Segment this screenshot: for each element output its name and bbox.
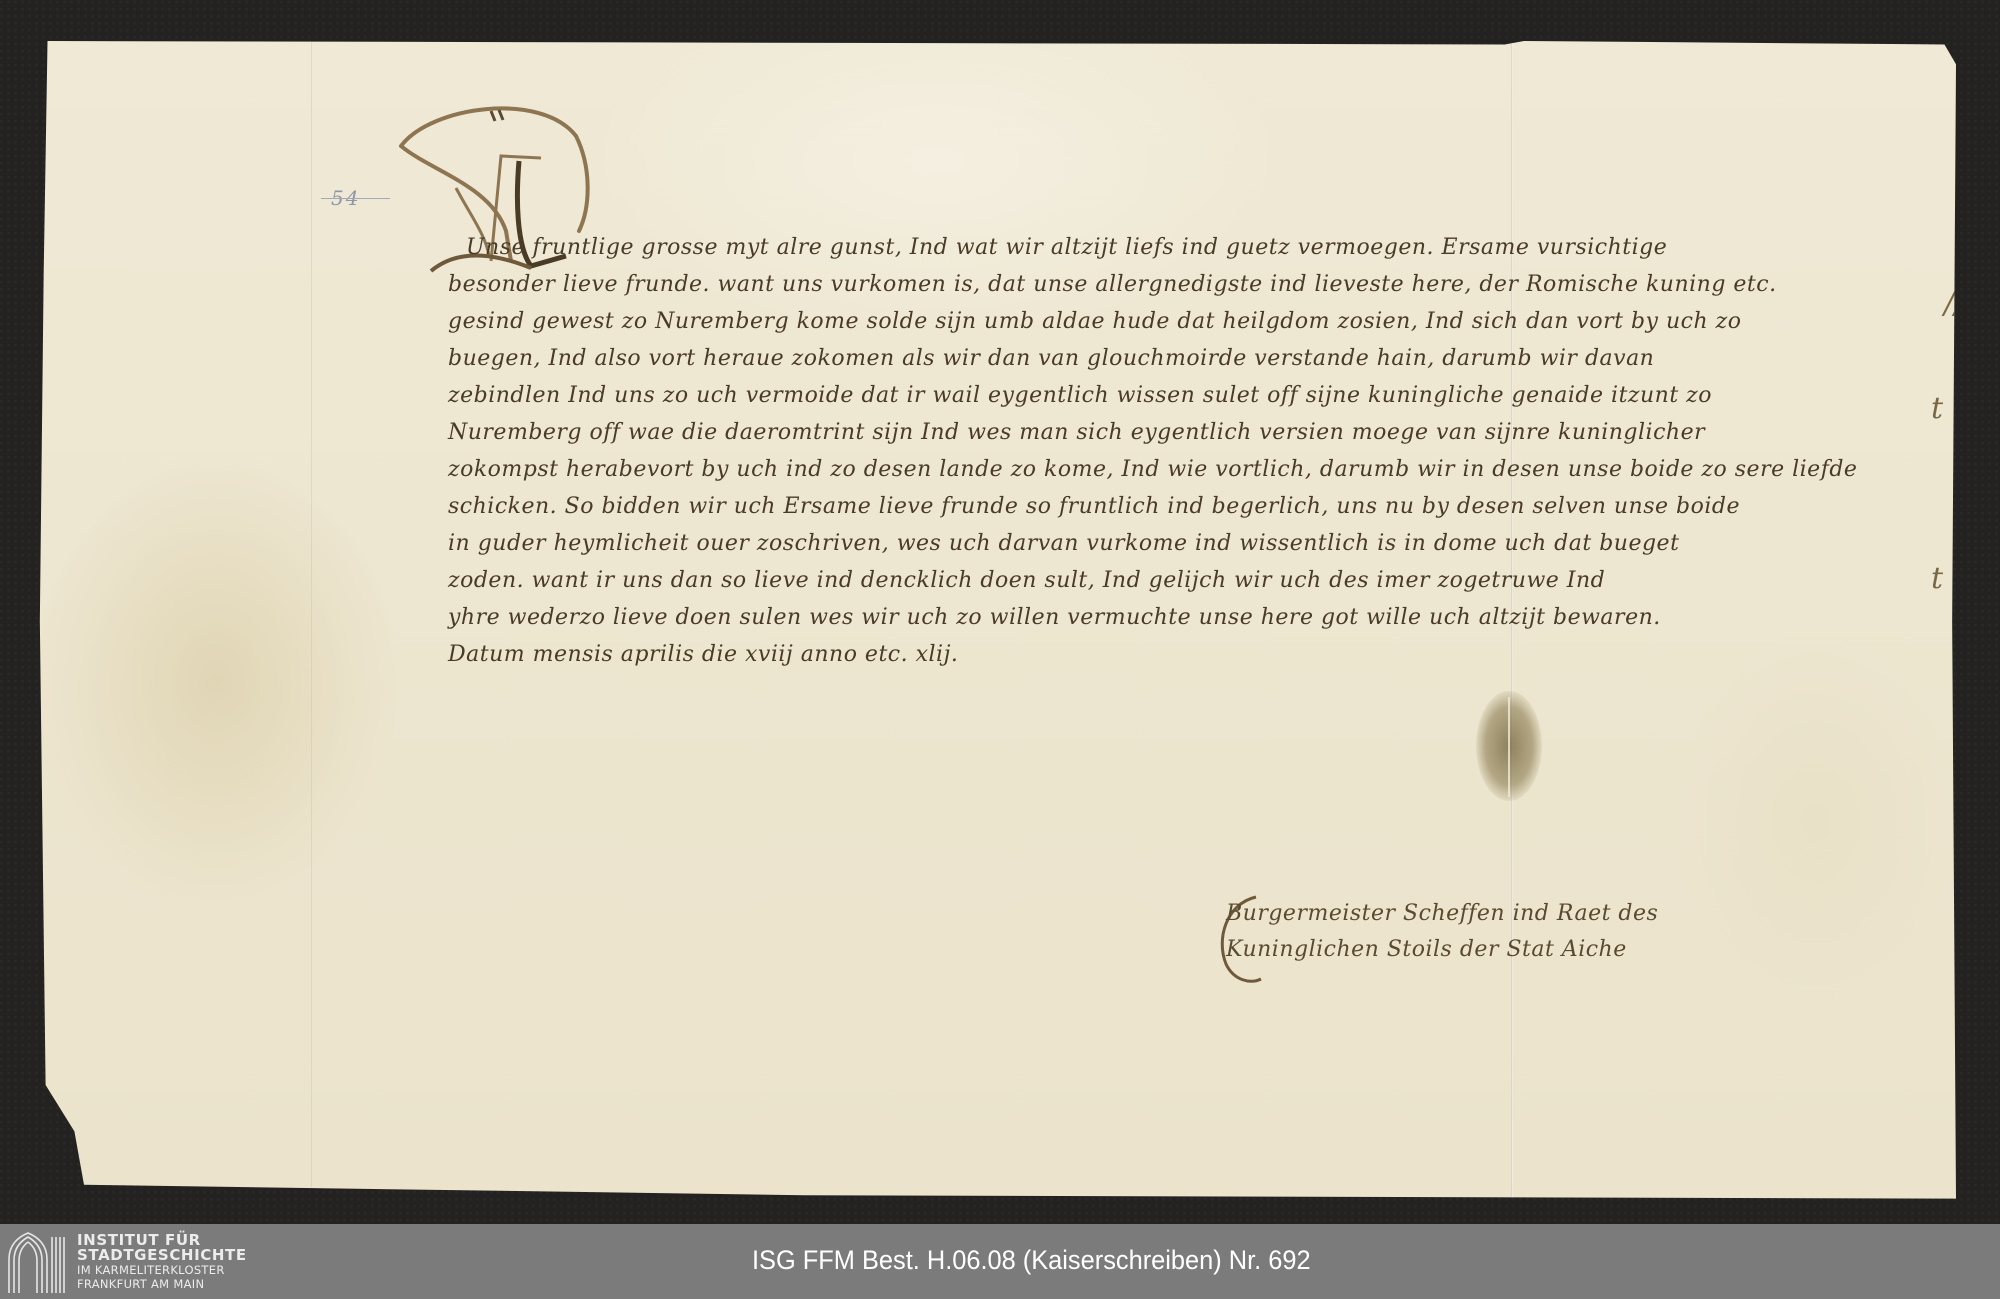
institution-subline: FRANKFURT AM MAIN <box>77 1277 247 1291</box>
letter-body: Unse fruntlige grosse myt alre gunst, In… <box>448 229 1948 673</box>
margin-mark: t <box>1931 561 1943 596</box>
gothic-arch-icon <box>6 1231 66 1293</box>
letter-line: zoden. want ir uns dan so lieve ind denc… <box>448 562 1948 599</box>
letter-line: schicken. So bidden wir uch Ersame lieve… <box>448 488 1948 525</box>
institution-subline: IM KARMELITERKLOSTER <box>77 1263 247 1277</box>
letter-line: Nuremberg off wae die daeromtrint sijn I… <box>448 414 1948 451</box>
margin-mark: // <box>1944 286 1964 321</box>
image-viewer: 54 Unse fruntlige grosse myt alre gunst,… <box>0 0 2000 1224</box>
archival-page-number: 54 <box>331 186 360 210</box>
archive-signature-caption: ISG FFM Best. H.06.08 (Kaiserschreiben) … <box>752 1243 1311 1277</box>
signature-line: Kuninglichen Stoils der Stat Aiche <box>1226 932 1746 968</box>
letter-line: in guder heymlicheit ouer zoschriven, we… <box>448 525 1948 562</box>
letter-line: buegen, Ind also vort heraue zokomen als… <box>448 340 1948 377</box>
letter-line: Unse fruntlige grosse myt alre gunst, In… <box>448 229 1948 266</box>
ink-stain <box>1476 691 1542 801</box>
parchment-document: 54 Unse fruntlige grosse myt alre gunst,… <box>36 41 1956 1201</box>
institution-name: INSTITUT FÜR STADTGESCHICHTE IM KARMELIT… <box>77 1233 247 1291</box>
letter-line: yhre wederzo lieve doen sulen wes wir uc… <box>448 599 1948 636</box>
margin-mark: t <box>1931 391 1943 426</box>
signature-line: Burgermeister Scheffen ind Raet des <box>1226 896 1746 932</box>
letter-line: zokompst herabevort by uch ind zo desen … <box>448 451 1948 488</box>
letter-line: besonder lieve frunde. want uns vurkomen… <box>448 266 1948 303</box>
letter-line: zebindlen Ind uns zo uch vermoide dat ir… <box>448 377 1948 414</box>
archive-footer: INSTITUT FÜR STADTGESCHICHTE IM KARMELIT… <box>0 1224 2000 1299</box>
letter-line: Datum mensis aprilis die xviij anno etc.… <box>448 636 1948 673</box>
fold-crease-left <box>311 41 312 1201</box>
letter-line: gesind gewest zo Nuremberg kome solde si… <box>448 303 1948 340</box>
institution-line: STADTGESCHICHTE <box>77 1248 247 1263</box>
signature-block: Burgermeister Scheffen ind Raet des Kuni… <box>1226 896 1746 968</box>
